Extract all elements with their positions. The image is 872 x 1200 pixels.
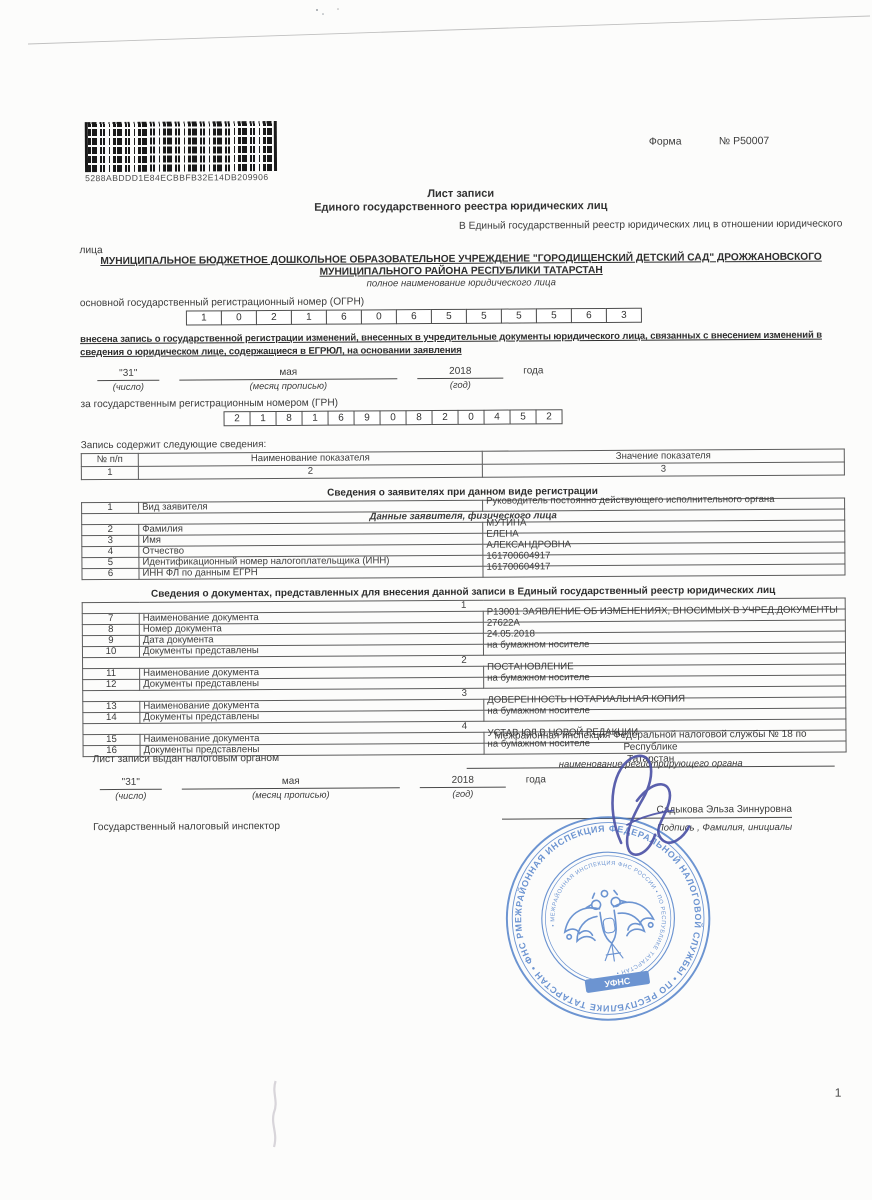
row-num: 7 bbox=[82, 613, 139, 624]
row-num: 1 bbox=[82, 502, 139, 513]
ogrn-digit: 5 bbox=[431, 309, 467, 324]
grn-digit: 8 bbox=[276, 411, 303, 426]
paper-sheet: 5288ABDDD1E84ECBBFB32E14DB209906 Форма №… bbox=[0, 0, 872, 1200]
issue-date-day: "31" (число) bbox=[100, 777, 162, 801]
applicants-table: 1 Вид заявителя Руководитель постоянно д… bbox=[81, 498, 845, 581]
grn-digit: 5 bbox=[510, 409, 537, 424]
record-date-month: мая (месяц прописью) bbox=[179, 366, 397, 391]
col-index: 3 bbox=[482, 462, 844, 477]
ogrn-digit: 6 bbox=[326, 309, 362, 324]
grn-digit: 1 bbox=[302, 411, 329, 426]
intro-right-line: В Единый государственный реестр юридичес… bbox=[79, 219, 842, 235]
row-num: 12 bbox=[83, 679, 140, 690]
record-meta-table: № п/п Наименование показателя Значение п… bbox=[81, 449, 845, 481]
row-value: 161700604917 bbox=[483, 564, 845, 577]
page-number: 1 bbox=[835, 1086, 842, 1100]
ogrn-digit: 6 bbox=[571, 308, 607, 323]
col-index: 1 bbox=[81, 466, 138, 479]
row-num: 9 bbox=[82, 635, 139, 646]
signature-scribble bbox=[583, 746, 704, 865]
ogrn-digit: 5 bbox=[536, 308, 572, 323]
row-num: 5 bbox=[82, 557, 139, 568]
grn-digit: 2 bbox=[224, 411, 251, 426]
ogrn-digit: 0 bbox=[221, 310, 257, 325]
issued-by-label: Лист записи выдан налоговым органом bbox=[93, 753, 280, 765]
grn-digit: 1 bbox=[250, 411, 277, 426]
row-num: 6 bbox=[82, 568, 139, 579]
grn-digit: 6 bbox=[328, 411, 355, 426]
record-date-suffix: года bbox=[523, 365, 543, 376]
record-date-year: 2018 (год) bbox=[417, 366, 503, 391]
document-body: Лист записи Единого государственного рее… bbox=[0, 0, 872, 758]
grn-digit-boxes: 2 1 8 1 6 9 0 8 2 0 4 5 2 bbox=[225, 408, 844, 427]
row-num: 13 bbox=[83, 701, 140, 712]
grn-digit: 8 bbox=[406, 410, 433, 425]
registration-statement: внесена запись о государственной регистр… bbox=[80, 329, 843, 360]
row-num: 4 bbox=[82, 546, 139, 557]
ogrn-digit: 5 bbox=[466, 309, 502, 324]
issue-date-month: мая (месяц прописью) bbox=[182, 775, 400, 800]
col-header-num: № п/п bbox=[81, 453, 138, 466]
ogrn-digit: 0 bbox=[361, 309, 397, 324]
ogrn-digit: 2 bbox=[256, 310, 292, 325]
ogrn-digit: 1 bbox=[291, 310, 327, 325]
grn-digit: 4 bbox=[484, 410, 511, 425]
grn-digit: 2 bbox=[536, 409, 563, 424]
row-num: 15 bbox=[83, 734, 140, 745]
ogrn-digit: 1 bbox=[186, 310, 222, 325]
row-num: 3 bbox=[82, 535, 139, 546]
issue-date-suffix: года bbox=[526, 774, 546, 785]
inspector-title: Государственный налоговый инспектор bbox=[93, 821, 280, 833]
row-num: 11 bbox=[83, 668, 140, 679]
ogrn-digit: 3 bbox=[606, 308, 642, 323]
issue-date: "31" (число) мая (месяц прописью) 2018 (… bbox=[83, 774, 546, 801]
row-num: 8 bbox=[82, 624, 139, 635]
record-date: "31" (число) мая (месяц прописью) 2018 (… bbox=[97, 364, 843, 393]
ogrn-digit-boxes: 1 0 2 1 6 0 6 5 5 5 5 6 3 bbox=[187, 307, 843, 326]
row-num: 14 bbox=[83, 712, 140, 723]
smudge-artifact bbox=[262, 1079, 292, 1149]
ogrn-digit: 6 bbox=[396, 309, 432, 324]
grn-digit: 0 bbox=[380, 410, 407, 425]
double-headed-eagle-emblem bbox=[560, 884, 659, 967]
record-date-day: "31" (число) bbox=[97, 368, 159, 392]
issue-date-year: 2018 (год) bbox=[420, 775, 506, 800]
ogrn-digit: 5 bbox=[501, 308, 537, 323]
col-index: 2 bbox=[138, 464, 482, 479]
grn-digit: 0 bbox=[458, 410, 485, 425]
scanned-document-page: 5288ABDDD1E84ECBBFB32E14DB209906 Форма №… bbox=[0, 0, 872, 1200]
row-num: 10 bbox=[82, 646, 139, 657]
row-label: ИНН ФЛ по данным ЕГРН bbox=[139, 566, 483, 579]
grn-digit: 9 bbox=[354, 410, 381, 425]
row-num: 2 bbox=[82, 524, 139, 535]
grn-digit: 2 bbox=[432, 410, 459, 425]
